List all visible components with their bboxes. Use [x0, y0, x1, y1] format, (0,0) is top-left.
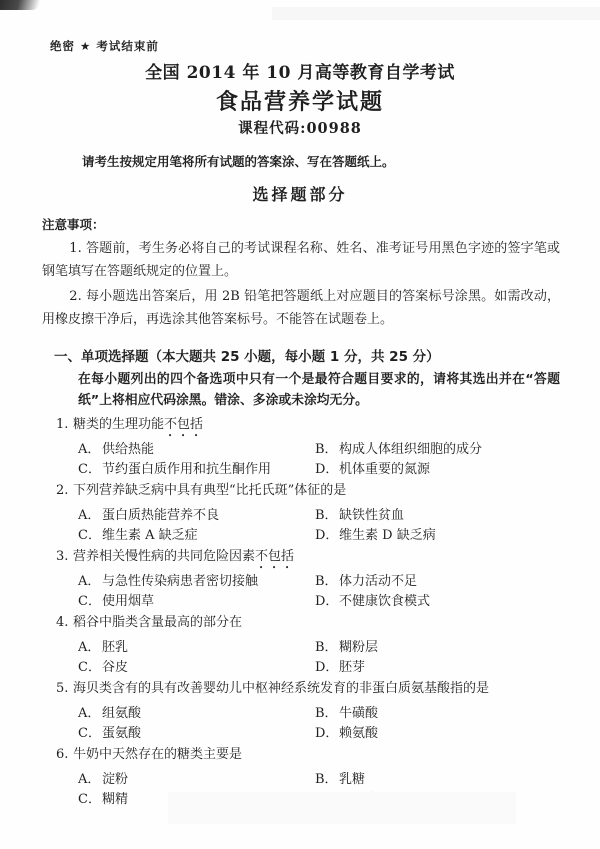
notes-heading: 注意事项：	[42, 215, 600, 235]
option-c: C．蛋氨酸	[78, 724, 315, 744]
option-text: 糊粉层	[339, 638, 378, 658]
question-text: 糖类的生理功能不包括	[73, 415, 203, 440]
note-1: 1. 答题前，考生务必将自己的考试课程名称、姓名、准考证号用黑色字迹的签字笔或钢…	[42, 237, 560, 283]
option-text: 构成人体组织细胞的成分	[339, 440, 482, 460]
option-grid: A．与急性传染病患者密切接触 B．体力活动不足 C．使用烟草 D．不健康饮食模式	[78, 572, 600, 612]
option-text: 赖氨酸	[339, 724, 378, 744]
option-letter: A．	[78, 572, 102, 592]
option-letter: A．	[78, 704, 102, 724]
scan-shading-bottom	[168, 792, 516, 824]
option-text: 不健康饮食模式	[339, 592, 430, 612]
note-2: 2. 每小题选出答案后，用 2B 铅笔把答题纸上对应题目的答案标号涂黑。如需改动…	[42, 285, 560, 331]
option-text: 谷皮	[102, 658, 128, 678]
option-text: 供给热能	[102, 440, 154, 460]
section-title: 选择题部分	[0, 183, 600, 207]
option-letter: A．	[78, 638, 102, 658]
option-text: 使用烟草	[102, 592, 154, 612]
question-4: 4. 稻谷中脂类含量最高的部分在 A．胚乳 B．糊粉层 C．谷皮 D．胚芽	[0, 613, 600, 678]
question-number: 2.	[56, 481, 73, 506]
question-stem: 5. 海贝类含有的具有改善婴幼儿中枢神经系统发育的非蛋白质氨基酸指的是	[56, 679, 600, 704]
option-letter: C．	[78, 658, 102, 678]
option-text: 缺铁性贫血	[339, 506, 404, 526]
option-c: C．维生素 A 缺乏症	[78, 526, 315, 546]
question-text: 稻谷中脂类含量最高的部分在	[73, 613, 242, 638]
question-3: 3. 营养相关慢性病的共同危险因素不包括 A．与急性传染病患者密切接触 B．体力…	[0, 547, 600, 612]
question-text: 下列营养缺乏病中具有典型“比托氏斑”体征的是	[73, 481, 346, 506]
question-number: 4.	[56, 613, 73, 638]
option-d: D．胚芽	[315, 658, 600, 678]
option-letter: B．	[315, 440, 339, 460]
option-letter: A．	[78, 506, 102, 526]
option-text: 机体重要的氮源	[339, 460, 430, 480]
option-a: A．与急性传染病患者密切接触	[78, 572, 315, 592]
question-text: 营养相关慢性病的共同危险因素不包括	[73, 547, 294, 572]
question-stem: 2. 下列营养缺乏病中具有典型“比托氏斑”体征的是	[56, 481, 600, 506]
option-text: 糊精	[102, 790, 128, 810]
part1-heading: 一、单项选择题（本大题共 25 小题，每小题 1 分，共 25 分）	[54, 347, 600, 367]
option-b: B．乳糖	[315, 770, 600, 790]
answer-sheet-note: 请考生按规定用笔将所有试题的答案涂、写在答题纸上。	[82, 153, 600, 171]
option-letter: B．	[315, 506, 339, 526]
question-text: 海贝类含有的具有改善婴幼儿中枢神经系统发育的非蛋白质氨基酸指的是	[73, 679, 489, 704]
option-text: 乳糖	[339, 770, 365, 790]
course-code: 课程代码:00988	[0, 119, 600, 139]
question-stem: 6. 牛奶中天然存在的糖类主要是	[56, 745, 600, 770]
question-number: 6.	[56, 745, 73, 770]
option-letter: D．	[315, 526, 339, 546]
option-text: 体力活动不足	[339, 572, 417, 592]
option-d: D．机体重要的氮源	[315, 460, 600, 480]
option-text: 淀粉	[102, 770, 128, 790]
question-5: 5. 海贝类含有的具有改善婴幼儿中枢神经系统发育的非蛋白质氨基酸指的是 A．组氨…	[0, 679, 600, 744]
option-text: 维生素 A 缺乏症	[102, 526, 198, 546]
option-b: B．体力活动不足	[315, 572, 600, 592]
option-text: 胚乳	[102, 638, 128, 658]
option-text: 组氨酸	[102, 704, 141, 724]
option-a: A．淀粉	[78, 770, 315, 790]
option-grid: A．供给热能 B．构成人体组织细胞的成分 C．节约蛋白质作用和抗生酮作用 D．机…	[78, 440, 600, 480]
option-letter: D．	[315, 460, 339, 480]
option-letter: B．	[315, 770, 339, 790]
option-a: A．供给热能	[78, 440, 315, 460]
scan-shading-top	[272, 7, 600, 20]
question-text: 牛奶中天然存在的糖类主要是	[73, 745, 242, 770]
option-grid: A．组氨酸 B．牛磺酸 C．蛋氨酸 D．赖氨酸	[78, 704, 600, 744]
option-d: D．维生素 D 缺乏病	[315, 526, 600, 546]
option-letter: B．	[315, 704, 339, 724]
option-letter: C．	[78, 724, 102, 744]
option-letter: C．	[78, 790, 102, 810]
option-b: B．糊粉层	[315, 638, 600, 658]
question-stem: 4. 稻谷中脂类含量最高的部分在	[56, 613, 600, 638]
emphasized-text: 不包括	[164, 417, 203, 432]
option-c: C．谷皮	[78, 658, 315, 678]
security-classification: 绝密 ★ 考试结束前	[50, 38, 600, 54]
emphasized-text: 不包括	[255, 549, 294, 564]
option-letter: C．	[78, 592, 102, 612]
option-letter: B．	[315, 572, 339, 592]
option-c: C．节约蛋白质作用和抗生酮作用	[78, 460, 315, 480]
option-letter: D．	[315, 658, 339, 678]
option-letter: D．	[315, 724, 339, 744]
option-text: 胚芽	[339, 658, 365, 678]
option-d: D．不健康饮食模式	[315, 592, 600, 612]
question-number: 3.	[56, 547, 73, 572]
option-b: B．缺铁性贫血	[315, 506, 600, 526]
option-letter: C．	[78, 460, 102, 480]
option-text: 维生素 D 缺乏病	[339, 526, 436, 546]
option-letter: D．	[315, 592, 339, 612]
question-number: 1.	[56, 415, 73, 440]
option-text: 蛋白质热能营养不良	[102, 506, 219, 526]
option-letter: A．	[78, 770, 102, 790]
option-b: B．构成人体组织细胞的成分	[315, 440, 600, 460]
exam-paper-page: 绝密 ★ 考试结束前 全国 2014 年 10 月高等教育自学考试 食品营养学试…	[0, 0, 600, 849]
option-text: 蛋氨酸	[102, 724, 141, 744]
option-c: C．使用烟草	[78, 592, 315, 612]
question-2: 2. 下列营养缺乏病中具有典型“比托氏斑”体征的是 A．蛋白质热能营养不良 B．…	[0, 481, 600, 546]
option-a: A．组氨酸	[78, 704, 315, 724]
option-a: A．蛋白质热能营养不良	[78, 506, 315, 526]
scan-smudge-artifact	[0, 0, 40, 10]
question-stem: 3. 营养相关慢性病的共同危险因素不包括	[56, 547, 600, 572]
question-stem: 1. 糖类的生理功能不包括	[56, 415, 600, 440]
option-letter: B．	[315, 638, 339, 658]
option-grid: A．蛋白质热能营养不良 B．缺铁性贫血 C．维生素 A 缺乏症 D．维生素 D …	[78, 506, 600, 546]
option-text: 节约蛋白质作用和抗生酮作用	[102, 460, 271, 480]
option-grid: A．胚乳 B．糊粉层 C．谷皮 D．胚芽	[78, 638, 600, 678]
option-text: 与急性传染病患者密切接触	[102, 572, 258, 592]
option-text: 牛磺酸	[339, 704, 378, 724]
option-a: A．胚乳	[78, 638, 315, 658]
part1-instruction: 在每小题列出的四个备选项中只有一个是最符合题目要求的，请将其选出并在“答题纸”上…	[78, 369, 560, 411]
option-b: B．牛磺酸	[315, 704, 600, 724]
question-1: 1. 糖类的生理功能不包括 A．供给热能 B．构成人体组织细胞的成分 C．节约蛋…	[0, 415, 600, 480]
option-letter: A．	[78, 440, 102, 460]
option-letter: C．	[78, 526, 102, 546]
option-d: D．赖氨酸	[315, 724, 600, 744]
exam-session-title: 全国 2014 年 10 月高等教育自学考试	[0, 60, 600, 86]
question-list: 1. 糖类的生理功能不包括 A．供给热能 B．构成人体组织细胞的成分 C．节约蛋…	[0, 415, 600, 810]
paper-title: 食品营养学试题	[0, 88, 600, 118]
question-number: 5.	[56, 679, 73, 704]
